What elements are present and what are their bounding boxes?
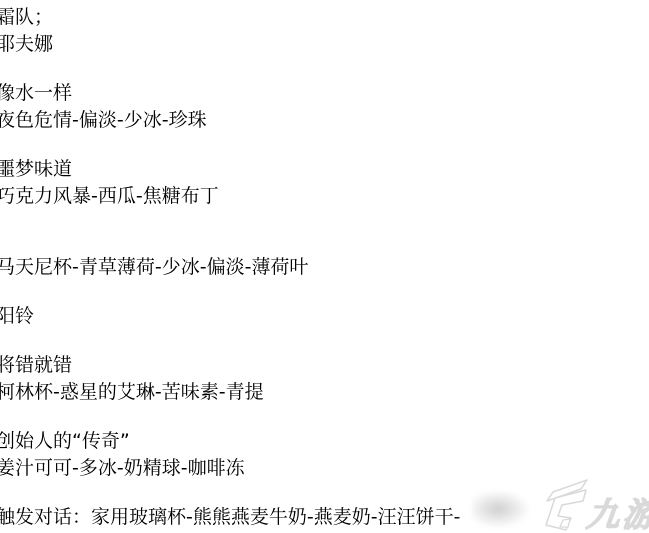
text-line: 夜色危情-偏淡-少冰-珍珠 <box>0 107 649 134</box>
blank-line <box>0 58 649 80</box>
blank-line <box>0 134 649 156</box>
blank-line <box>0 232 649 254</box>
text-line: 将错就错 <box>0 352 649 379</box>
article-text: 霜队；耶夫娜像水一样夜色危情-偏淡-少冰-珍珠噩梦味道巧克力风暴-西瓜-焦糖布丁… <box>0 4 649 531</box>
text-line: 像水一样 <box>0 80 649 107</box>
text-line: 耶夫娜 <box>0 31 649 58</box>
text-line: 触发对话：家用玻璃杯-熊熊燕麦牛奶-燕麦奶-汪汪饼干- <box>0 504 649 531</box>
text-line: 马天尼杯-青草薄荷-少冰-偏淡-薄荷叶 <box>0 254 649 281</box>
text-line: 创始人的“传奇” <box>0 428 649 455</box>
blank-line <box>0 406 649 428</box>
blank-line <box>0 482 649 504</box>
blank-line <box>0 330 649 352</box>
text-line: 霜队； <box>0 4 649 31</box>
blank-line <box>0 281 649 303</box>
text-line: 阳铃 <box>0 303 649 330</box>
text-line: 姜汁可可-多冰-奶精球-咖啡冻 <box>0 455 649 482</box>
text-line: 柯林杯-惑星的艾琳-苦味素-青提 <box>0 379 649 406</box>
text-line: 噩梦味道 <box>0 156 649 183</box>
text-line: 巧克力风暴-西瓜-焦糖布丁 <box>0 183 649 210</box>
blank-line <box>0 210 649 232</box>
article-page: 霜队；耶夫娜像水一样夜色危情-偏淡-少冰-珍珠噩梦味道巧克力风暴-西瓜-焦糖布丁… <box>0 0 649 533</box>
